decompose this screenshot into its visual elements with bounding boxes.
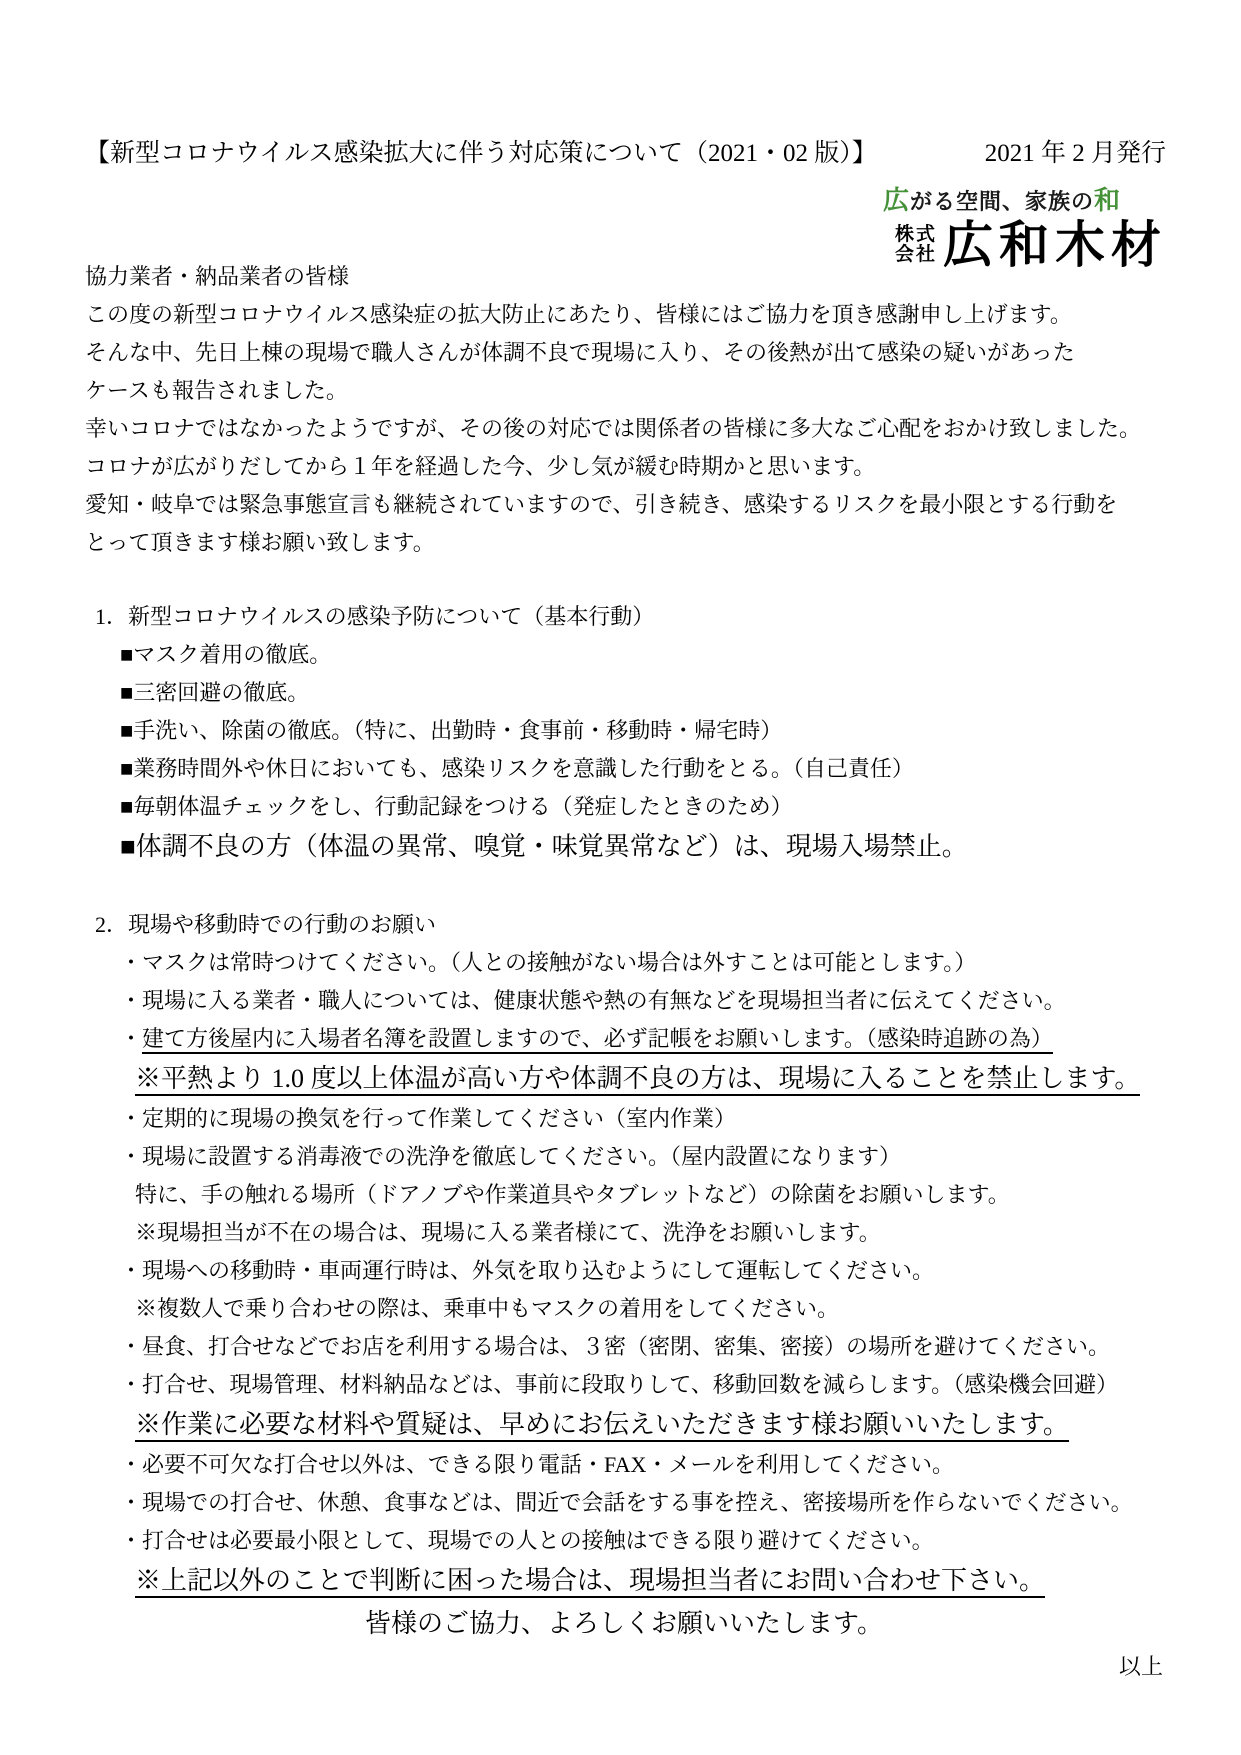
list-item: ・打合せは必要最小限として、現場での人との接触はできる限り避けてください。 <box>85 1522 1163 1560</box>
sign-off: 以上 <box>85 1648 1163 1686</box>
list-item-text: ※現場担当が不在の場合は、現場に入る業者様にて、洗浄をお願いします。 <box>135 1220 881 1245</box>
list-item-text: マスクは常時つけてください。（人との接触がない場合は外すことは可能とします。） <box>142 950 976 975</box>
list-item: ※複数人で乗り合わせの際は、乗車中もマスクの着用をしてください。 <box>85 1290 1163 1328</box>
list-item: ・現場に入る業者・職人については、健康状態や熱の有無などを現場担当者に伝えてくだ… <box>85 982 1163 1020</box>
list-item: ・必要不可欠な打合せ以外は、できる限り電話・FAX・メールを利用してください。 <box>85 1446 1163 1484</box>
list-item: ・現場での打合せ、休憩、食事などは、間近で会話をする事を控え、密接場所を作らない… <box>85 1484 1163 1522</box>
square-bullet-icon: ■ <box>120 718 133 743</box>
dot-bullet-icon: ・ <box>120 950 142 975</box>
intro-line: そんな中、先日上棟の現場で職人さんが体調不良で現場に入り、その後熱が出て感染の疑… <box>85 334 1163 372</box>
dot-bullet-icon: ・ <box>120 988 142 1013</box>
list-item-text: 必要不可欠な打合せ以外は、できる限り電話・FAX・メールを利用してください。 <box>142 1452 954 1477</box>
list-item: ■手洗い、除菌の徹底。（特に、出勤時・食事前・移動時・帰宅時） <box>85 712 1163 750</box>
list-item-text: 現場での打合せ、休憩、食事などは、間近で会話をする事を控え、密接場所を作らないで… <box>142 1490 1133 1515</box>
logo-tagline-wa-mark: 和 <box>1094 185 1121 215</box>
intro-line: 幸いコロナではなかったようですが、その後の対応では関係者の皆様に多大なご心配をお… <box>85 410 1163 448</box>
list-item: ・現場に設置する消毒液での洗浄を徹底してください。（屋内設置になります） <box>85 1138 1163 1176</box>
intro-line: 愛知・岐阜では緊急事態宣言も継続されていますので、引き続き、感染するリスクを最小… <box>85 486 1163 524</box>
list-item-text: 打合せ、現場管理、材料納品などは、事前に段取りして、移動回数を減らします。（感染… <box>142 1372 1118 1397</box>
list-item: ※現場担当が不在の場合は、現場に入る業者様にて、洗浄をお願いします。 <box>85 1214 1163 1252</box>
list-item: ・昼食、打合せなどでお店を利用する場合は、３密（密閉、密集、密接）の場所を避けて… <box>85 1328 1163 1366</box>
square-bullet-icon: ■ <box>120 832 136 861</box>
list-item-text: 業務時間外や休日においても、感染リスクを意識した行動をとる。（自己責任） <box>133 756 914 781</box>
square-bullet-icon: ■ <box>120 794 133 819</box>
list-item-text: 定期的に現場の換気を行って作業してください（室内作業） <box>142 1106 736 1131</box>
list-item: ■業務時間外や休日においても、感染リスクを意識した行動をとる。（自己責任） <box>85 750 1163 788</box>
intro-line: とって頂きます様お願い致します。 <box>85 524 1163 562</box>
salutation: 協力業者・納品業者の皆様 <box>85 258 1163 296</box>
list-item: ※平熱より 1.0 度以上体温が高い方や体調不良の方は、現場に入ることを禁止しま… <box>85 1058 1163 1100</box>
list-item-text: 特に、手の触れる場所（ドアノブや作業道具やタブレットなど）の除菌をお願いします。 <box>135 1182 1010 1207</box>
list-item: ・マスクは常時つけてください。（人との接触がない場合は外すことは可能とします。） <box>85 944 1163 982</box>
issue-date: 2021 年 2 月発行 <box>985 133 1166 169</box>
dot-bullet-icon: ・ <box>120 1452 142 1477</box>
dot-bullet-icon: ・ <box>120 1490 142 1515</box>
list-item: ・建て方後屋内に入場者名簿を設置しますので、必ず記帳をお願いします。（感染時追跡… <box>85 1020 1163 1058</box>
list-item-text: 手洗い、除菌の徹底。（特に、出勤時・食事前・移動時・帰宅時） <box>133 718 782 743</box>
list-item: ・現場への移動時・車両運行時は、外気を取り込むようにして運転してください。 <box>85 1252 1163 1290</box>
list-item-text: ※上記以外のことで判断に困った場合は、現場担当者にお問い合わせ下さい。 <box>135 1566 1045 1598</box>
closing-line: 皆様のご協力、よろしくお願いいたします。 <box>85 1602 1163 1646</box>
document-page: 【新型コロナウイルス感染拡大に伴う対応策について（2021・02 版）】 202… <box>0 0 1241 1755</box>
list-item: ・打合せ、現場管理、材料納品などは、事前に段取りして、移動回数を減らします。（感… <box>85 1366 1163 1404</box>
title-row: 【新型コロナウイルス感染拡大に伴う対応策について（2021・02 版）】 202… <box>85 133 1166 169</box>
list-item: ■毎朝体温チェックをし、行動記録をつける（発症したときのため） <box>85 788 1163 826</box>
list-item-text: 体調不良の方（体温の異常、嗅覚・味覚異常など）は、現場入場禁止。 <box>136 832 968 861</box>
logo-tagline-hiro-mark: 広 <box>883 185 910 215</box>
section-heading: 2．現場や移動時での行動のお願い <box>85 906 1163 944</box>
list-item: ■マスク着用の徹底。 <box>85 636 1163 674</box>
square-bullet-icon: ■ <box>120 756 133 781</box>
list-item-text: 建て方後屋内に入場者名簿を設置しますので、必ず記帳をお願いします。（感染時追跡の… <box>142 1026 1053 1054</box>
list-item-text: 現場に入る業者・職人については、健康状態や熱の有無などを現場担当者に伝えてくださ… <box>142 988 1066 1013</box>
list-item: 特に、手の触れる場所（ドアノブや作業道具やタブレットなど）の除菌をお願いします。 <box>85 1176 1163 1214</box>
list-item: ※作業に必要な材料や質疑は、早めにお伝えいただきます様お願いいたします。 <box>85 1404 1163 1446</box>
document-body: 協力業者・納品業者の皆様 この度の新型コロナウイルス感染症の拡大防止にあたり、皆… <box>85 258 1163 1686</box>
list-item-text: 毎朝体温チェックをし、行動記録をつける（発症したときのため） <box>133 794 792 819</box>
list-item-text: ※複数人で乗り合わせの際は、乗車中もマスクの着用をしてください。 <box>135 1296 839 1321</box>
list-item-text: ※作業に必要な材料や質疑は、早めにお伝えいただきます様お願いいたします。 <box>135 1410 1069 1442</box>
list-item-text: 打合せは必要最小限として、現場での人との接触はできる限り避けてください。 <box>142 1528 934 1553</box>
list-item-text: 現場への移動時・車両運行時は、外気を取り込むようにして運転してください。 <box>142 1258 934 1283</box>
section-heading: 1．新型コロナウイルスの感染予防について（基本行動） <box>85 598 1163 636</box>
dot-bullet-icon: ・ <box>120 1258 142 1283</box>
list-item-text: マスク着用の徹底。 <box>133 642 331 667</box>
square-bullet-icon: ■ <box>120 642 133 667</box>
list-item-text: ※平熱より 1.0 度以上体温が高い方や体調不良の方は、現場に入ることを禁止しま… <box>135 1064 1140 1096</box>
intro-line: コロナが広がりだしてから１年を経過した今、少し気が緩む時期かと思います。 <box>85 448 1163 486</box>
intro-paragraph: この度の新型コロナウイルス感染症の拡大防止にあたり、皆様にはご協力を頂き感謝申し… <box>85 296 1163 562</box>
list-item-text: 三密回避の徹底。 <box>133 680 309 705</box>
logo-tagline: 広がる空間、家族の和 <box>837 180 1167 217</box>
sections-container: 1．新型コロナウイルスの感染予防について（基本行動）■マスク着用の徹底。■三密回… <box>85 598 1163 1602</box>
logo-tagline-text: がる空間、家族の <box>910 189 1094 214</box>
logo-prefix-top: 株式 <box>895 225 937 245</box>
dot-bullet-icon: ・ <box>120 1106 142 1131</box>
list-item: ■体調不良の方（体温の異常、嗅覚・味覚異常など）は、現場入場禁止。 <box>85 826 1163 868</box>
dot-bullet-icon: ・ <box>120 1528 142 1553</box>
document-title: 【新型コロナウイルス感染拡大に伴う対応策について（2021・02 版）】 <box>85 133 877 169</box>
list-item-text: 現場に設置する消毒液での洗浄を徹底してください。（屋内設置になります） <box>142 1144 901 1169</box>
list-item: ■三密回避の徹底。 <box>85 674 1163 712</box>
list-item-text: 昼食、打合せなどでお店を利用する場合は、３密（密閉、密集、密接）の場所を避けてく… <box>142 1334 1110 1359</box>
intro-line: ケースも報告されました。 <box>85 372 1163 410</box>
dot-bullet-icon: ・ <box>120 1372 142 1397</box>
list-item: ※上記以外のことで判断に困った場合は、現場担当者にお問い合わせ下さい。 <box>85 1560 1163 1602</box>
dot-bullet-icon: ・ <box>120 1334 142 1359</box>
dot-bullet-icon: ・ <box>120 1144 142 1169</box>
intro-line: この度の新型コロナウイルス感染症の拡大防止にあたり、皆様にはご協力を頂き感謝申し… <box>85 296 1163 334</box>
dot-bullet-icon: ・ <box>120 1026 142 1051</box>
square-bullet-icon: ■ <box>120 680 133 705</box>
list-item: ・定期的に現場の換気を行って作業してください（室内作業） <box>85 1100 1163 1138</box>
